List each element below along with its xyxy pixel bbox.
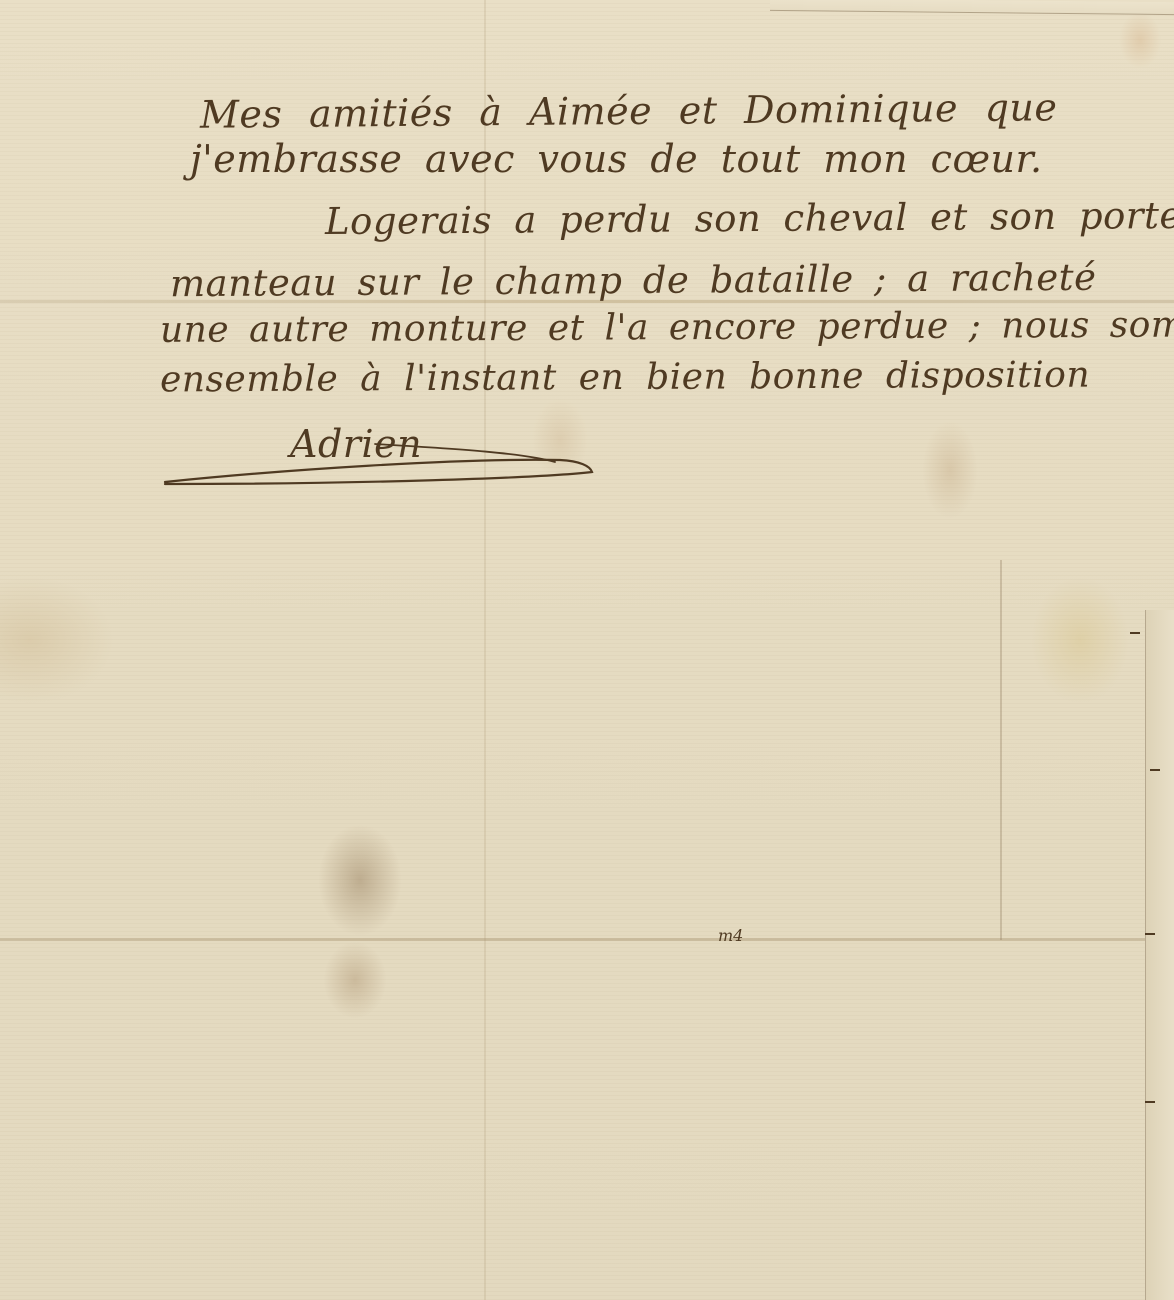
signature-flourish-icon xyxy=(160,440,600,500)
edge-ink-mark xyxy=(1145,1101,1155,1103)
vertical-crease-right xyxy=(1000,560,1002,940)
vertical-fold-center xyxy=(484,0,486,1300)
letter-line-1: Mes amitiés à Aimée et Dominique que xyxy=(200,88,1058,133)
letter-line-3: Logerais a perdu son cheval et son porte xyxy=(325,197,1174,240)
edge-ink-mark xyxy=(1150,769,1160,771)
horizontal-fold-lower xyxy=(0,938,1174,941)
edge-ink-mark xyxy=(1145,933,1155,935)
letter-line-4: manteau sur le champ de bataille ; a rac… xyxy=(170,259,1097,302)
edge-ink-mark xyxy=(1130,632,1140,634)
letter-line-6: ensemble à l'instant en bien bonne dispo… xyxy=(160,358,1090,399)
margin-mark: m4 xyxy=(718,926,743,945)
letter-line-5: une autre monture et l'a encore perdue ;… xyxy=(160,307,1174,349)
letter-line-2: j'embrasse avec vous de tout mon cœur. xyxy=(190,140,1043,178)
overlapping-sheet-edge xyxy=(1145,610,1174,1300)
